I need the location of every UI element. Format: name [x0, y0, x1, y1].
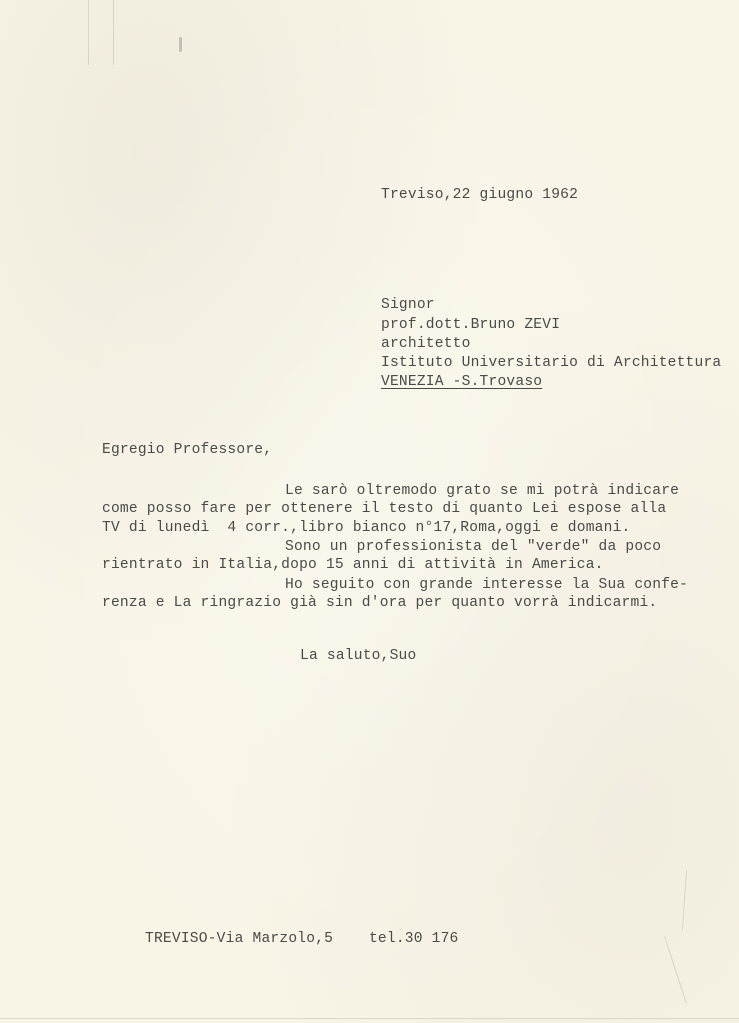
- body-line: Le sarò oltremodo grato se mi potrà indi…: [285, 482, 679, 500]
- paper-crease: [88, 0, 89, 65]
- paper-crease: [0, 1018, 739, 1019]
- recipient-profession: architetto: [381, 335, 471, 353]
- body-line: rientrato in Italia,dopo 15 anni di atti…: [102, 556, 604, 574]
- salutation: Egregio Professore,: [102, 441, 272, 459]
- paper-crease: [113, 0, 114, 65]
- paper-crease: [664, 937, 687, 1004]
- recipient-institution: Istituto Universitario di Architettura: [381, 354, 721, 372]
- paper-mark: [179, 37, 182, 52]
- body-line: renza e La ringrazio già sin d'ora per q…: [102, 594, 657, 612]
- body-line: Ho seguito con grande interesse la Sua c…: [285, 576, 688, 594]
- letter-paper: Treviso,22 giugno 1962 Signor prof.dott.…: [0, 0, 739, 1023]
- recipient-name: prof.dott.Bruno ZEVI: [381, 316, 560, 334]
- body-line: come posso fare per ottenere il testo di…: [102, 500, 666, 518]
- recipient-title: Signor: [381, 296, 435, 314]
- closing: La saluto,Suo: [300, 647, 416, 665]
- body-line: TV di lunedì 4 corr.,libro bianco n°17,R…: [102, 519, 631, 537]
- body-line: Sono un professionista del "verde" da po…: [285, 538, 661, 556]
- recipient-city: VENEZIA -S.Trovaso: [381, 373, 542, 391]
- paper-crease: [682, 870, 687, 930]
- footer-address: TREVISO-Via Marzolo,5 tel.30 176: [145, 930, 459, 948]
- place-date: Treviso,22 giugno 1962: [381, 186, 578, 204]
